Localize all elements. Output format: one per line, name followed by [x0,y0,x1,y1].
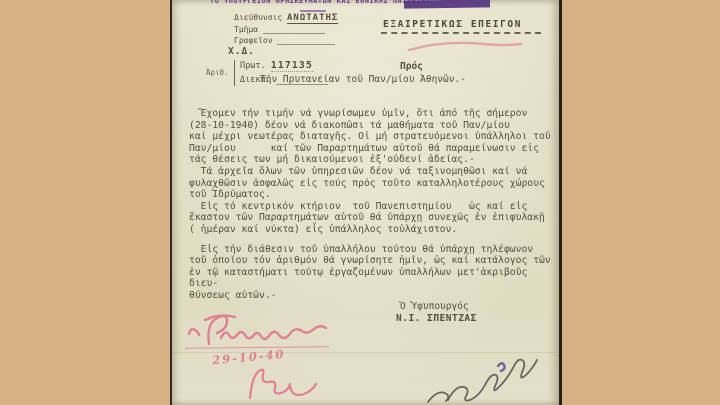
paragraph-4: Εἰς τήν διάθεσιν τοῦ ὑπαλλήλου τούτου θά… [189,244,551,302]
document-paper: ΤΟ ΥΠΟΥΡΓΕΙΟΝ ΘΡΗΣΚΕΥΜΑΤΩΝ ΚΑΙ ΕΘΝΙΚΗΣ Π… [170,0,562,405]
signatory-name: Ν.Ι. ΣΠΕΝΤΖΑΣ [396,313,477,324]
department-line: Τμῆμα [234,25,325,34]
pink-pencil-stroke [405,38,525,54]
paragraph-2: Τά ἀρχεῖα ὅλων τῶν ὑπηρεσιῶν δέον νά ταξ… [189,166,551,201]
office-line: Γραφεῖον [234,36,335,45]
to-label: Πρός [400,61,423,72]
urgency-underline [381,32,541,34]
department-label: Τμῆμα [234,25,263,34]
stamp-overstrike-bar [404,0,490,9]
urgency-marking: ΕΞΑΙΡΕΤΙΚΩΣ ΕΠΕΙΓΟΝ [383,19,522,30]
directorate-label: Διεύθυνσις [234,13,287,22]
protocol-line: Πρωτ. 117135 [240,60,328,71]
reference-initials: Χ.Δ. [228,46,255,57]
protocol-bracket-line [234,60,235,86]
paper-crease [172,352,559,353]
pink-handwritten-scribble [185,308,337,350]
photograph-of-document: ΤΟ ΥΠΟΥΡΓΕΙΟΝ ΘΡΗΣΚΕΥΜΑΤΩΝ ΚΑΙ ΕΘΝΙΚΗΣ Π… [0,0,720,405]
pencil-signature-scribble [422,350,558,405]
prot-label: Πρωτ. [240,61,271,71]
protocol-number: 117135 [271,60,313,72]
directorate-value: ΑΝΩΤΑΤΗΣ [287,13,338,24]
purple-pen-mark [498,363,505,371]
directorate-line: Διεύθυνσις ΑΝΩΤΑΤΗΣ [234,13,338,23]
number-label: Ἀριθ. [206,68,229,77]
department-blank [263,25,325,34]
paragraph-3: Εἰς τό κεντρικόν κτήριον τοῦ Πανεπιστημί… [189,201,551,236]
stamp-dash-mark [300,10,326,12]
office-blank [277,36,335,45]
office-label: Γραφεῖον [234,36,277,45]
letter-body: Ἔχομεν τήν τιμήν νά γνωρίσωμεν ὑμῖν, ὅτι… [189,108,551,302]
signatory-title: Ὁ Ὑφυπουργός [400,301,469,312]
pink-initials-scribble [240,366,324,404]
paragraph-1: Ἔχομεν τήν τιμήν νά γνωρίσωμεν ὑμῖν, ὅτι… [189,108,551,166]
recipient-line: Τήν Πρυτανείαν τοῦ Παν/μίου Ἀθηνῶν.- [260,74,466,85]
